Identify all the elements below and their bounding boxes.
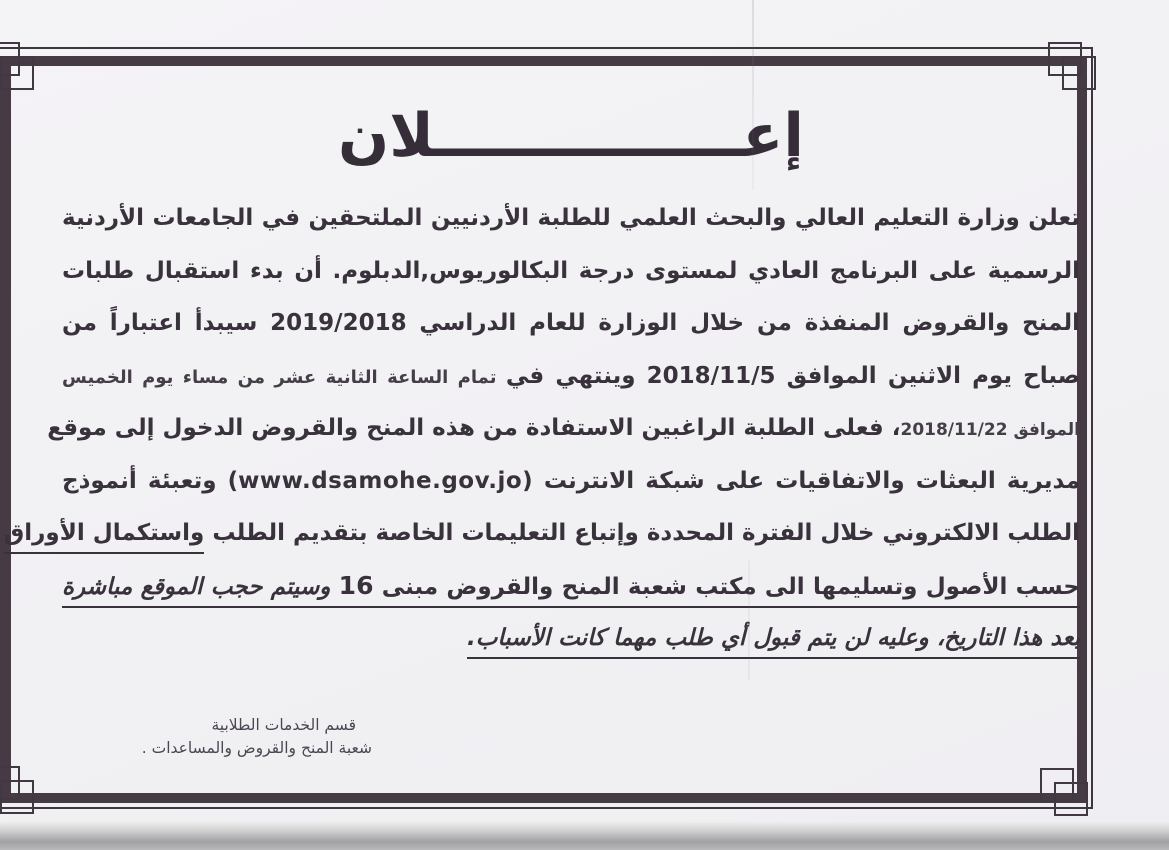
line-text-small: تمام الساعة الثانية عشر من مساء يوم الخم… (62, 367, 506, 388)
line-text: سيبدأ اعتباراً من (62, 310, 270, 336)
line-text: الطلب الالكتروني خلال الفترة المحددة وإت… (204, 520, 1080, 546)
start-date-value: 2018/11/5 (647, 363, 776, 389)
line-underline-wrap: حسب الأصول وتسليمها الى مكتب شعبة المنح … (62, 574, 1080, 608)
line-text: حسب الأصول وتسليمها الى مكتب شعبة المنح … (373, 574, 1080, 600)
page-title: إعـــــــــــــــلان (62, 88, 1080, 184)
body-line-3: المنح والقروض المنفذة من خلال الوزارة لل… (62, 297, 1080, 350)
body-line-6: مديرية البعثات والاتفاقيات على شبكة الان… (62, 455, 1080, 508)
body-line-8: حسب الأصول وتسليمها الى مكتب شعبة المنح … (62, 560, 1080, 613)
line-text: وتعبئة أنموذج (62, 468, 228, 494)
line-text: ، فعلى الطلبة الراغبين الاستفادة من هذه … (47, 415, 900, 441)
line-text-italic-underlined: بعد هذا التاريخ، وعليه لن يتم قبول أي طل… (467, 625, 1080, 659)
scanner-edge-shadow (0, 822, 1169, 850)
signature-division: شعبة المنح والقروض والمساعدات . (100, 737, 372, 760)
body-line-5: الموافق 2018/11/22، فعلى الطلبة الراغبين… (62, 402, 1080, 455)
body-line-7: الطلب الالكتروني خلال الفترة المحددة وإت… (62, 507, 1080, 560)
line-text-italic: وسيتم حجب الموقع مباشرة (62, 574, 339, 600)
end-date-value: 2018/11/22 (900, 420, 1007, 440)
signature-block: قسم الخدمات الطلابية شعبة المنح والقروض … (100, 714, 372, 760)
line-text: الرسمية على البرنامج العادي لمستوى درجة … (62, 258, 1080, 284)
line-text: وينتهي في (506, 363, 647, 389)
corner-ornament-top-right-inner (1062, 56, 1096, 90)
line-text-small: الموافق (1008, 420, 1080, 440)
line-text: تعلن وزارة التعليم العالي والبحث العلمي … (62, 205, 1080, 231)
signature-department: قسم الخدمات الطلابية (100, 714, 356, 737)
corner-ornament-bottom-right-inner (1054, 782, 1088, 816)
line-text: المنح والقروض المنفذة من خلال الوزارة لل… (407, 310, 1080, 336)
corner-ornament-top-left-inner (0, 56, 34, 90)
building-number-value: 16 (339, 571, 374, 600)
line-text: صباح يوم الاثنين الموافق (776, 363, 1080, 389)
body-line-2: الرسمية على البرنامج العادي لمستوى درجة … (62, 245, 1080, 298)
scanned-paper: إعـــــــــــــــلان تعلن وزارة التعليم … (0, 0, 1169, 850)
line-text-underlined: واستكمال الأوراق (4, 520, 205, 554)
body-line-1: تعلن وزارة التعليم العالي والبحث العلمي … (62, 192, 1080, 245)
website-url: (www.dsamohe.gov.jo) (228, 468, 533, 494)
academic-year-value: 2019/2018 (270, 310, 406, 336)
body-line-4: صباح يوم الاثنين الموافق 2018/11/5 وينته… (62, 350, 1080, 403)
announcement-body: تعلن وزارة التعليم العالي والبحث العلمي … (62, 192, 1080, 665)
line-text: مديرية البعثات والاتفاقيات على شبكة الان… (533, 468, 1080, 494)
body-line-9: بعد هذا التاريخ، وعليه لن يتم قبول أي طل… (62, 612, 1080, 665)
corner-ornament-bottom-left-inner (0, 780, 34, 814)
